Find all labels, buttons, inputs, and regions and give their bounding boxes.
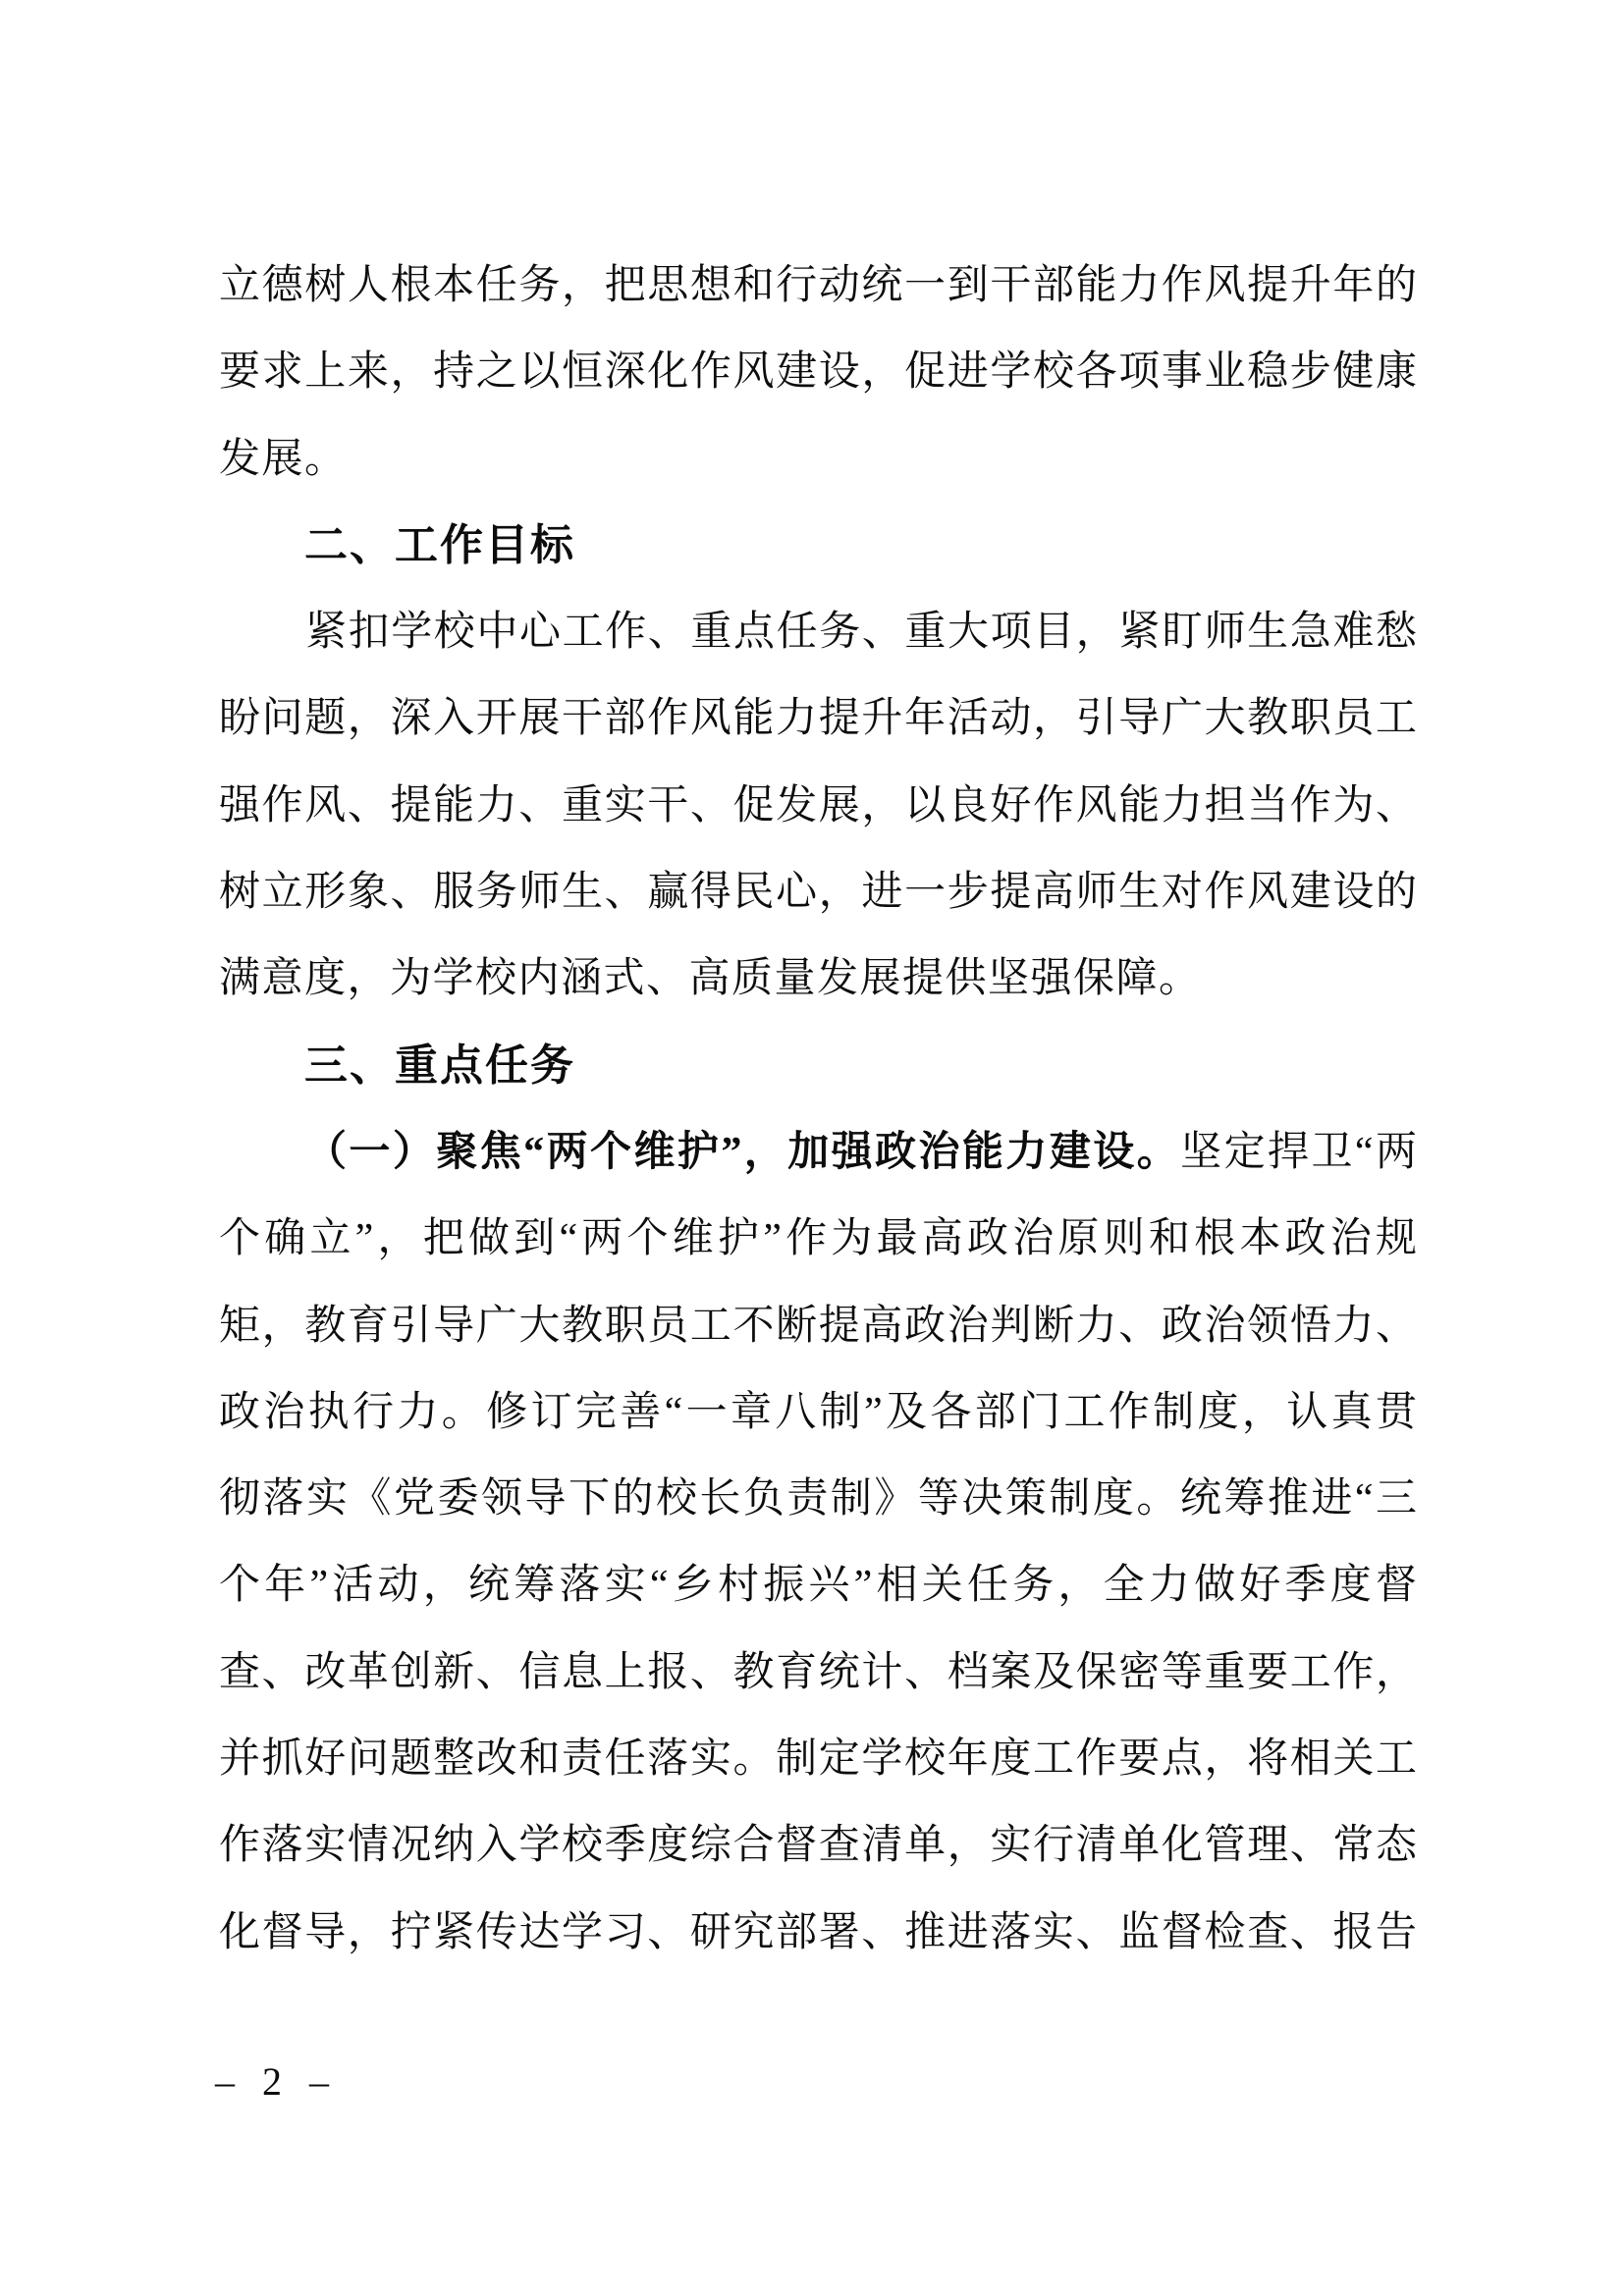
body-line: 紧扣学校中心工作、重点任务、重大项目，紧盯师生急难愁 bbox=[219, 589, 1417, 675]
body-line: 盼问题，深入开展干部作风能力提升年活动，引导广大教职员工 bbox=[219, 675, 1417, 762]
body-line: 要求上来，持之以恒深化作风建设，促进学校各项事业稳步健康 bbox=[219, 329, 1417, 415]
body-line: 化督导，拧紧传达学习、研究部署、推进落实、监督检查、报告 bbox=[219, 1890, 1417, 1976]
body-line: 查、改革创新、信息上报、教育统计、档案及保密等重要工作， bbox=[219, 1629, 1417, 1716]
body-line: 个确立”，把做到“两个维护”作为最高政治原则和根本政治规 bbox=[219, 1196, 1417, 1282]
body-line: 矩，教育引导广大教职员工不断提高政治判断力、政治领悟力、 bbox=[219, 1283, 1417, 1369]
body-text: 坚定捍卫“两 bbox=[1180, 1130, 1417, 1175]
body-line: （一）聚焦“两个维护”，加强政治能力建设。坚定捍卫“两 bbox=[219, 1109, 1417, 1196]
body-line: 作落实情况纳入学校季度综合督查清单，实行清单化管理、常态 bbox=[219, 1802, 1417, 1889]
body-line: 树立形象、服务师生、赢得民心，进一步提高师生对作风建设的 bbox=[219, 849, 1417, 935]
body-line: 强作风、提能力、重实干、促发展，以良好作风能力担当作为、 bbox=[219, 763, 1417, 849]
section-heading-work-goals: 二、工作目标 bbox=[219, 503, 1417, 589]
body-line: 并抓好问题整改和责任落实。制定学校年度工作要点，将相关工 bbox=[219, 1716, 1417, 1802]
document-body: 立德树人根本任务，把思想和行动统一到干部能力作风提升年的 要求上来，持之以恒深化… bbox=[219, 242, 1417, 1976]
task-item-title: （一）聚焦“两个维护”，加强政治能力建设。 bbox=[305, 1130, 1180, 1175]
body-line: 满意度，为学校内涵式、高质量发展提供坚强保障。 bbox=[219, 935, 1417, 1022]
document-page: 立德树人根本任务，把思想和行动统一到干部能力作风提升年的 要求上来，持之以恒深化… bbox=[0, 0, 1624, 2296]
page-number: – 2 – bbox=[215, 2057, 331, 2107]
body-line: 发展。 bbox=[219, 416, 1417, 503]
section-heading-key-tasks: 三、重点任务 bbox=[219, 1023, 1417, 1109]
body-line: 立德树人根本任务，把思想和行动统一到干部能力作风提升年的 bbox=[219, 242, 1417, 329]
body-line: 个年”活动，统筹落实“乡村振兴”相关任务，全力做好季度督 bbox=[219, 1542, 1417, 1629]
body-line: 政治执行力。修订完善“一章八制”及各部门工作制度，认真贯 bbox=[219, 1369, 1417, 1456]
body-line: 彻落实《党委领导下的校长负责制》等决策制度。统筹推进“三 bbox=[219, 1456, 1417, 1542]
